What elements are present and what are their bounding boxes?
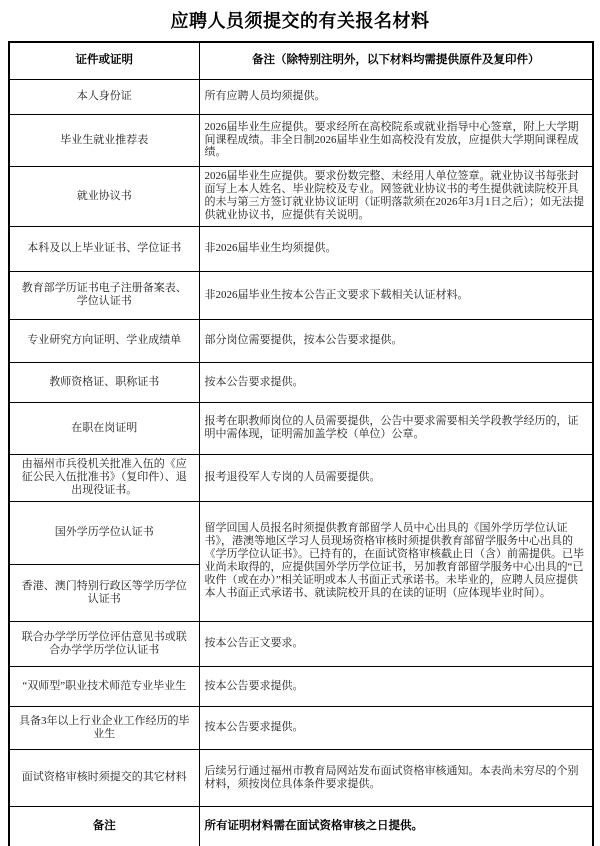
material-note-cell: 所有证明材料需在面试资格审核之日提供。 <box>199 806 593 846</box>
table-row: 教师资格证、职称证书 按本公告要求提供。 <box>9 362 593 402</box>
table-row: “双师型”职业技术师范专业毕业生 按本公告要求提供。 <box>9 666 593 706</box>
table-row: 具备3年以上行业企业工作经历的毕业生 按本公告要求提供。 <box>9 706 593 749</box>
material-name-cell: 在职在岗证明 <box>9 402 199 454</box>
table-row: 本科及以上毕业证书、学位证书 非2026届毕业生均须提供。 <box>9 226 593 271</box>
material-note-cell: 按本公告要求提供。 <box>199 706 593 749</box>
table-row: 就业协议书 2026届毕业生应提供。要求份数完整、未经用人单位签章。就业协议书每… <box>9 166 593 226</box>
material-name-cell: “双师型”职业技术师范专业毕业生 <box>9 666 199 706</box>
material-note-cell: 按本公告要求提供。 <box>199 666 593 706</box>
material-note-cell: 非2026届毕业生按本公告正文要求下载相关认证材料。 <box>199 271 593 319</box>
table-row: 专业研究方向证明、学业成绩单 部分岗位需要提供，按本公告要求提供。 <box>9 319 593 362</box>
material-name-cell: 由福州市兵役机关批准入伍的《应征公民入伍批准书》（复印件）、退出现役证书。 <box>9 454 199 501</box>
material-name-cell: 教育部学历证书电子注册备案表、学位认证书 <box>9 271 199 319</box>
material-name-cell: 联合办学学历学位评估意见书或联合办学学历学位认证书 <box>9 621 199 666</box>
material-note-cell: 非2026届毕业生均须提供。 <box>199 226 593 271</box>
table-row: 联合办学学历学位评估意见书或联合办学学历学位认证书 按本公告正文要求。 <box>9 621 593 666</box>
material-name-cell: 国外学历学位认证书 <box>9 501 199 564</box>
material-note-cell: 报考退役军人专岗的人员需要提供。 <box>199 454 593 501</box>
table-row-remark: 备注 所有证明材料需在面试资格审核之日提供。 <box>9 806 593 846</box>
column-header-note: 备注（除特别注明外，以下材料均需提供原件及复印件） <box>199 42 593 79</box>
material-note-cell: 按本公告要求提供。 <box>199 362 593 402</box>
table-row: 教育部学历证书电子注册备案表、学位认证书 非2026届毕业生按本公告正文要求下载… <box>9 271 593 319</box>
material-note-cell: 2026届毕业生应提供。要求份数完整、未经用人单位签章。就业协议书每张封面写上本… <box>199 166 593 226</box>
material-name-cell: 教师资格证、职称证书 <box>9 362 199 402</box>
material-note-cell: 部分岗位需要提供，按本公告要求提供。 <box>199 319 593 362</box>
material-name-cell: 具备3年以上行业企业工作经历的毕业生 <box>9 706 199 749</box>
table-row: 在职在岗证明 报考在职教师岗位的人员需要提供，公告中要求需要相关学段教学经历的，… <box>9 402 593 454</box>
material-note-cell: 报考在职教师岗位的人员需要提供，公告中要求需要相关学段教学经历的，证明中需体现，… <box>199 402 593 454</box>
material-name-cell: 本人身份证 <box>9 79 199 114</box>
table-row: 本人身份证 所有应聘人员均须提供。 <box>9 79 593 114</box>
table-row: 国外学历学位认证书 留学回国人员报名时须提供教育部留学人员中心出具的《国外学历学… <box>9 501 593 564</box>
material-note-cell: 2026届毕业生应提供。要求经所在高校院系或就业指导中心签章，附上大学期间课程成… <box>199 114 593 166</box>
material-name-cell: 香港、澳门特别行政区等学历学位认证书 <box>9 564 199 621</box>
table-header-row: 证件或证明 备注（除特别注明外，以下材料均需提供原件及复印件） <box>9 42 593 79</box>
material-note-cell: 所有应聘人员均须提供。 <box>199 79 593 114</box>
material-note-cell: 按本公告正文要求。 <box>199 621 593 666</box>
material-name-cell: 本科及以上毕业证书、学位证书 <box>9 226 199 271</box>
material-note-cell-merged: 留学回国人员报名时须提供教育部留学人员中心出具的《国外学历学位认证书》，港澳等地… <box>199 501 593 621</box>
document-page: 应聘人员须提交的有关报名材料 证件或证明 备注（除特别注明外，以下材料均需提供原… <box>0 0 600 846</box>
page-title: 应聘人员须提交的有关报名材料 <box>8 7 592 33</box>
material-name-cell: 毕业生就业推荐表 <box>9 114 199 166</box>
material-note-cell: 后续另行通过福州市教育局网站发布面试资格审核通知。本表尚未穷尽的个别材料，须按岗… <box>199 749 593 806</box>
material-name-cell: 就业协议书 <box>9 166 199 226</box>
table-row: 由福州市兵役机关批准入伍的《应征公民入伍批准书》（复印件）、退出现役证书。 报考… <box>9 454 593 501</box>
material-name-cell: 面试资格审核时须提交的其它材料 <box>9 749 199 806</box>
table-row: 面试资格审核时须提交的其它材料 后续另行通过福州市教育局网站发布面试资格审核通知… <box>9 749 593 806</box>
material-name-cell: 专业研究方向证明、学业成绩单 <box>9 319 199 362</box>
materials-table: 证件或证明 备注（除特别注明外，以下材料均需提供原件及复印件） 本人身份证 所有… <box>8 41 594 846</box>
column-header-document: 证件或证明 <box>9 42 199 79</box>
table-row: 毕业生就业推荐表 2026届毕业生应提供。要求经所在高校院系或就业指导中心签章，… <box>9 114 593 166</box>
material-name-cell: 备注 <box>9 806 199 846</box>
